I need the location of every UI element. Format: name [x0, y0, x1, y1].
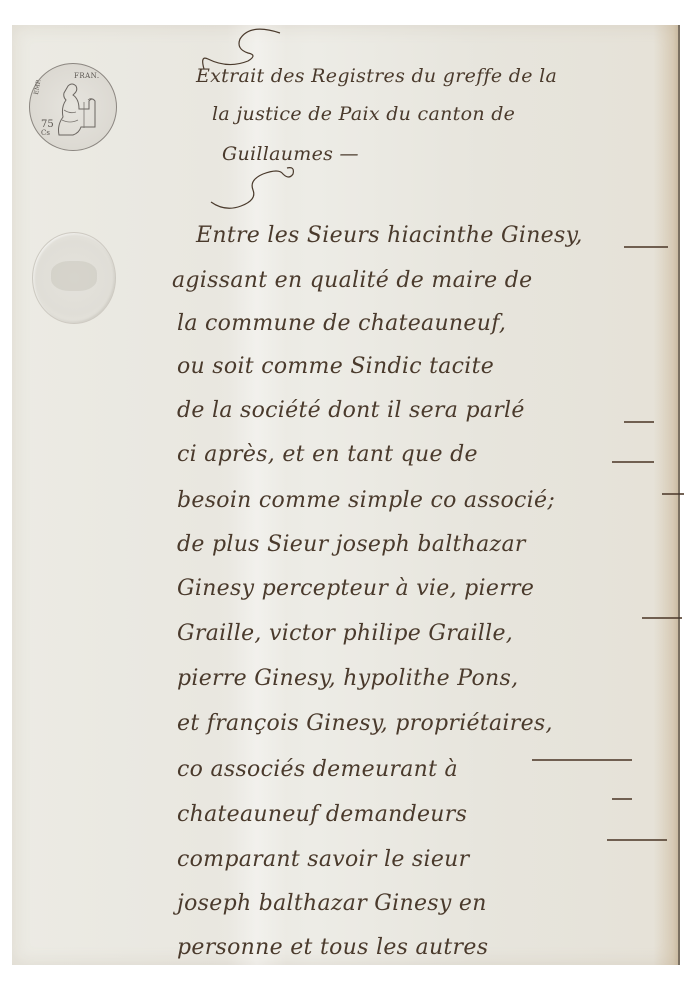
- line-end-dash: [612, 798, 632, 800]
- line-end-dash: [624, 246, 668, 248]
- line-end-dash: [624, 421, 654, 423]
- handwritten-text: Extrait des Registres du greffe de la la…: [12, 25, 680, 965]
- body-line-13: co associés demeurant à: [177, 757, 458, 782]
- body-line-5: de la société dont il sera parlé: [177, 398, 525, 423]
- line-end-dash: [642, 617, 682, 619]
- body-line-14: chateauneuf demandeurs: [177, 802, 467, 827]
- line-end-dash: [607, 839, 667, 841]
- header-line-2: la justice de Paix du canton de: [212, 103, 515, 125]
- document-page: FRAN. EMP. 75Cs Extrait des Registres du…: [12, 25, 680, 965]
- body-line-1: Entre les Sieurs hiacinthe Ginesy,: [196, 223, 583, 248]
- body-line-16: joseph balthazar Ginesy en: [177, 891, 487, 916]
- body-line-3: la commune de chateauneuf,: [177, 311, 506, 336]
- body-line-4: ou soit comme Sindic tacite: [177, 354, 494, 379]
- line-end-dash: [612, 461, 654, 463]
- header-line-1: Extrait des Registres du greffe de la: [196, 65, 557, 87]
- body-line-12: et françois Ginesy, propriétaires,: [177, 711, 553, 736]
- body-line-10: Graille, victor philipe Graille,: [177, 621, 513, 646]
- body-line-8: de plus Sieur joseph balthazar: [177, 532, 526, 557]
- body-line-2: agissant en qualité de maire de: [172, 268, 532, 293]
- body-line-11: pierre Ginesy, hypolithe Pons,: [177, 666, 518, 691]
- body-line-17: personne et tous les autres: [177, 935, 488, 960]
- line-end-dash: [662, 493, 684, 495]
- body-flourish-icon: [197, 160, 307, 215]
- body-line-7: besoin comme simple co associé;: [177, 488, 555, 513]
- body-line-6: ci après, et en tant que de: [177, 442, 478, 467]
- body-line-15: comparant savoir le sieur: [177, 847, 469, 872]
- line-end-dash: [532, 759, 632, 761]
- body-line-9: Ginesy percepteur à vie, pierre: [177, 576, 534, 601]
